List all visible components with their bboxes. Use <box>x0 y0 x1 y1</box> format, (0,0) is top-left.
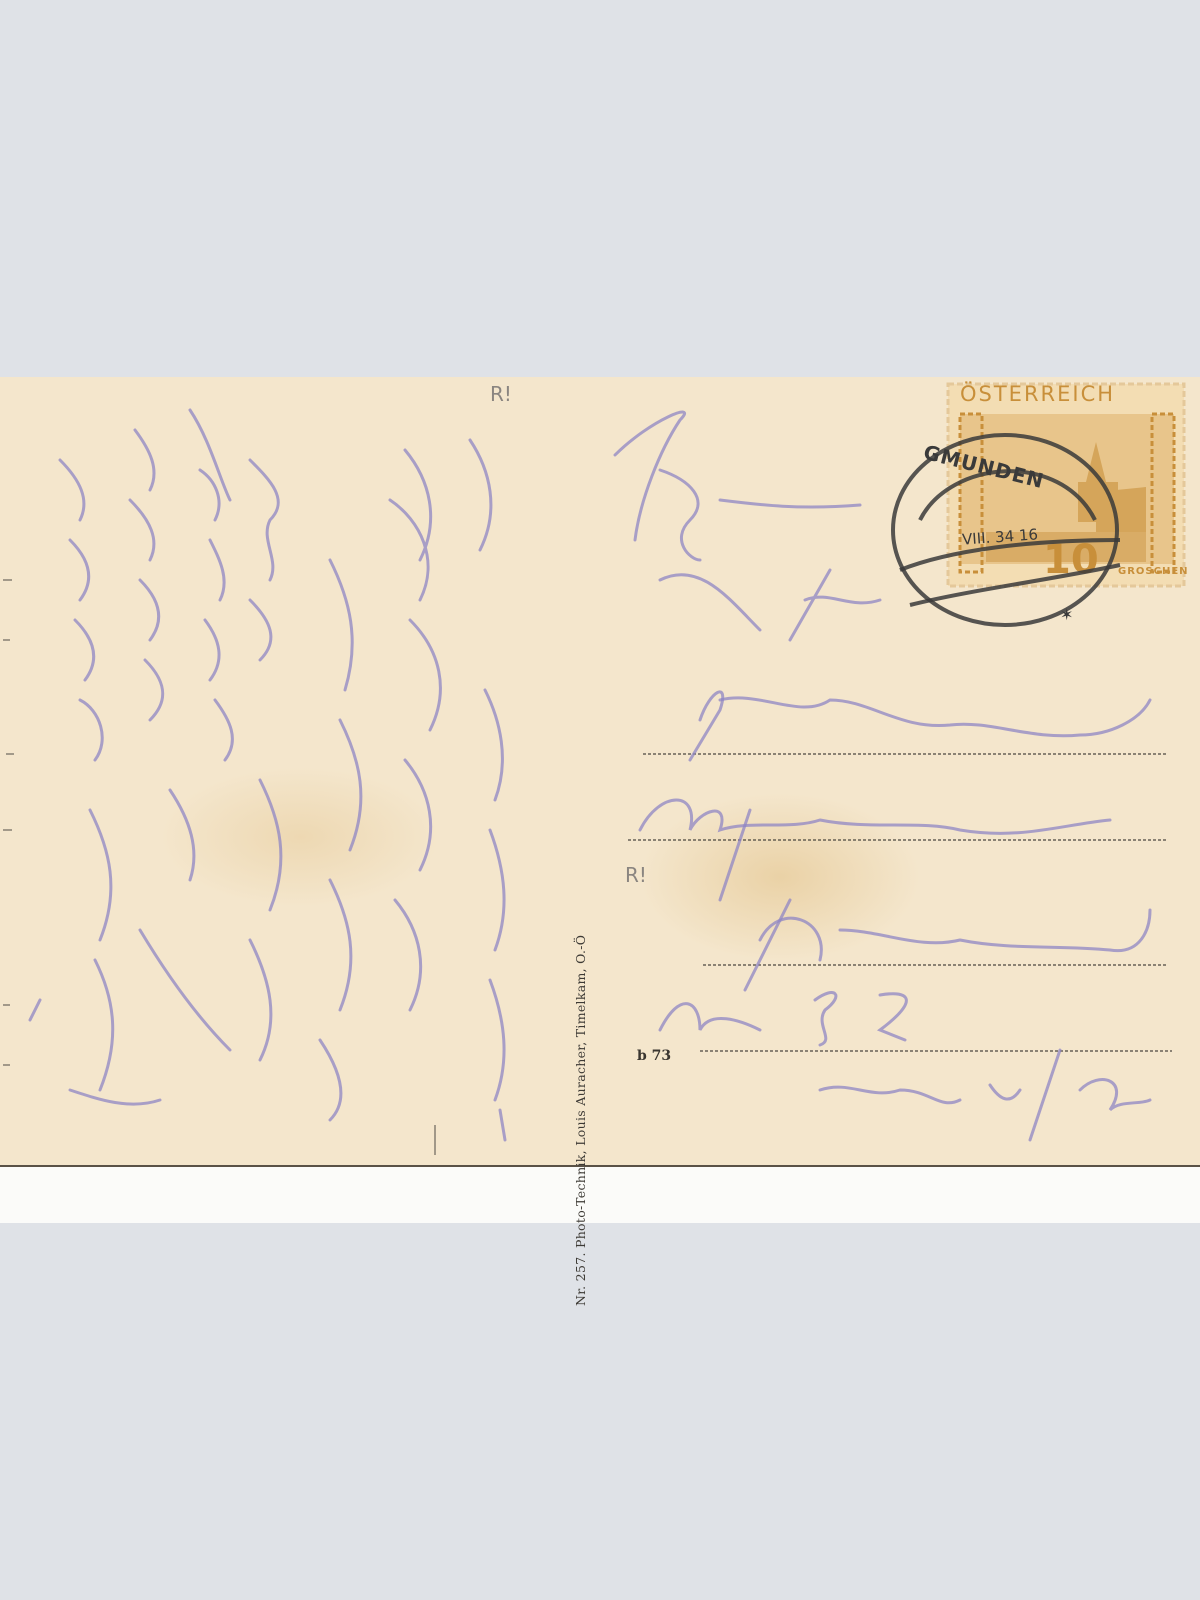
publisher-imprint: Nr. 257. Photo-Technik, Louis Auracher, … <box>571 952 589 1312</box>
publisher-line-text: Nr. 257. Photo-Technik, Louis Auracher, … <box>573 935 588 1306</box>
svg-text:✶: ✶ <box>1060 605 1073 624</box>
postmark-hour: 16 <box>1018 525 1038 544</box>
card-code: b 73 <box>637 1048 671 1064</box>
pencil-mark-top: R! <box>490 382 512 406</box>
postmark-date-value: VIII. 34 <box>961 527 1014 549</box>
pencil-mark-middle: R! <box>625 863 647 887</box>
stamp-country: ÖSTERREICH <box>960 382 1190 406</box>
address-lines <box>628 754 1172 1051</box>
